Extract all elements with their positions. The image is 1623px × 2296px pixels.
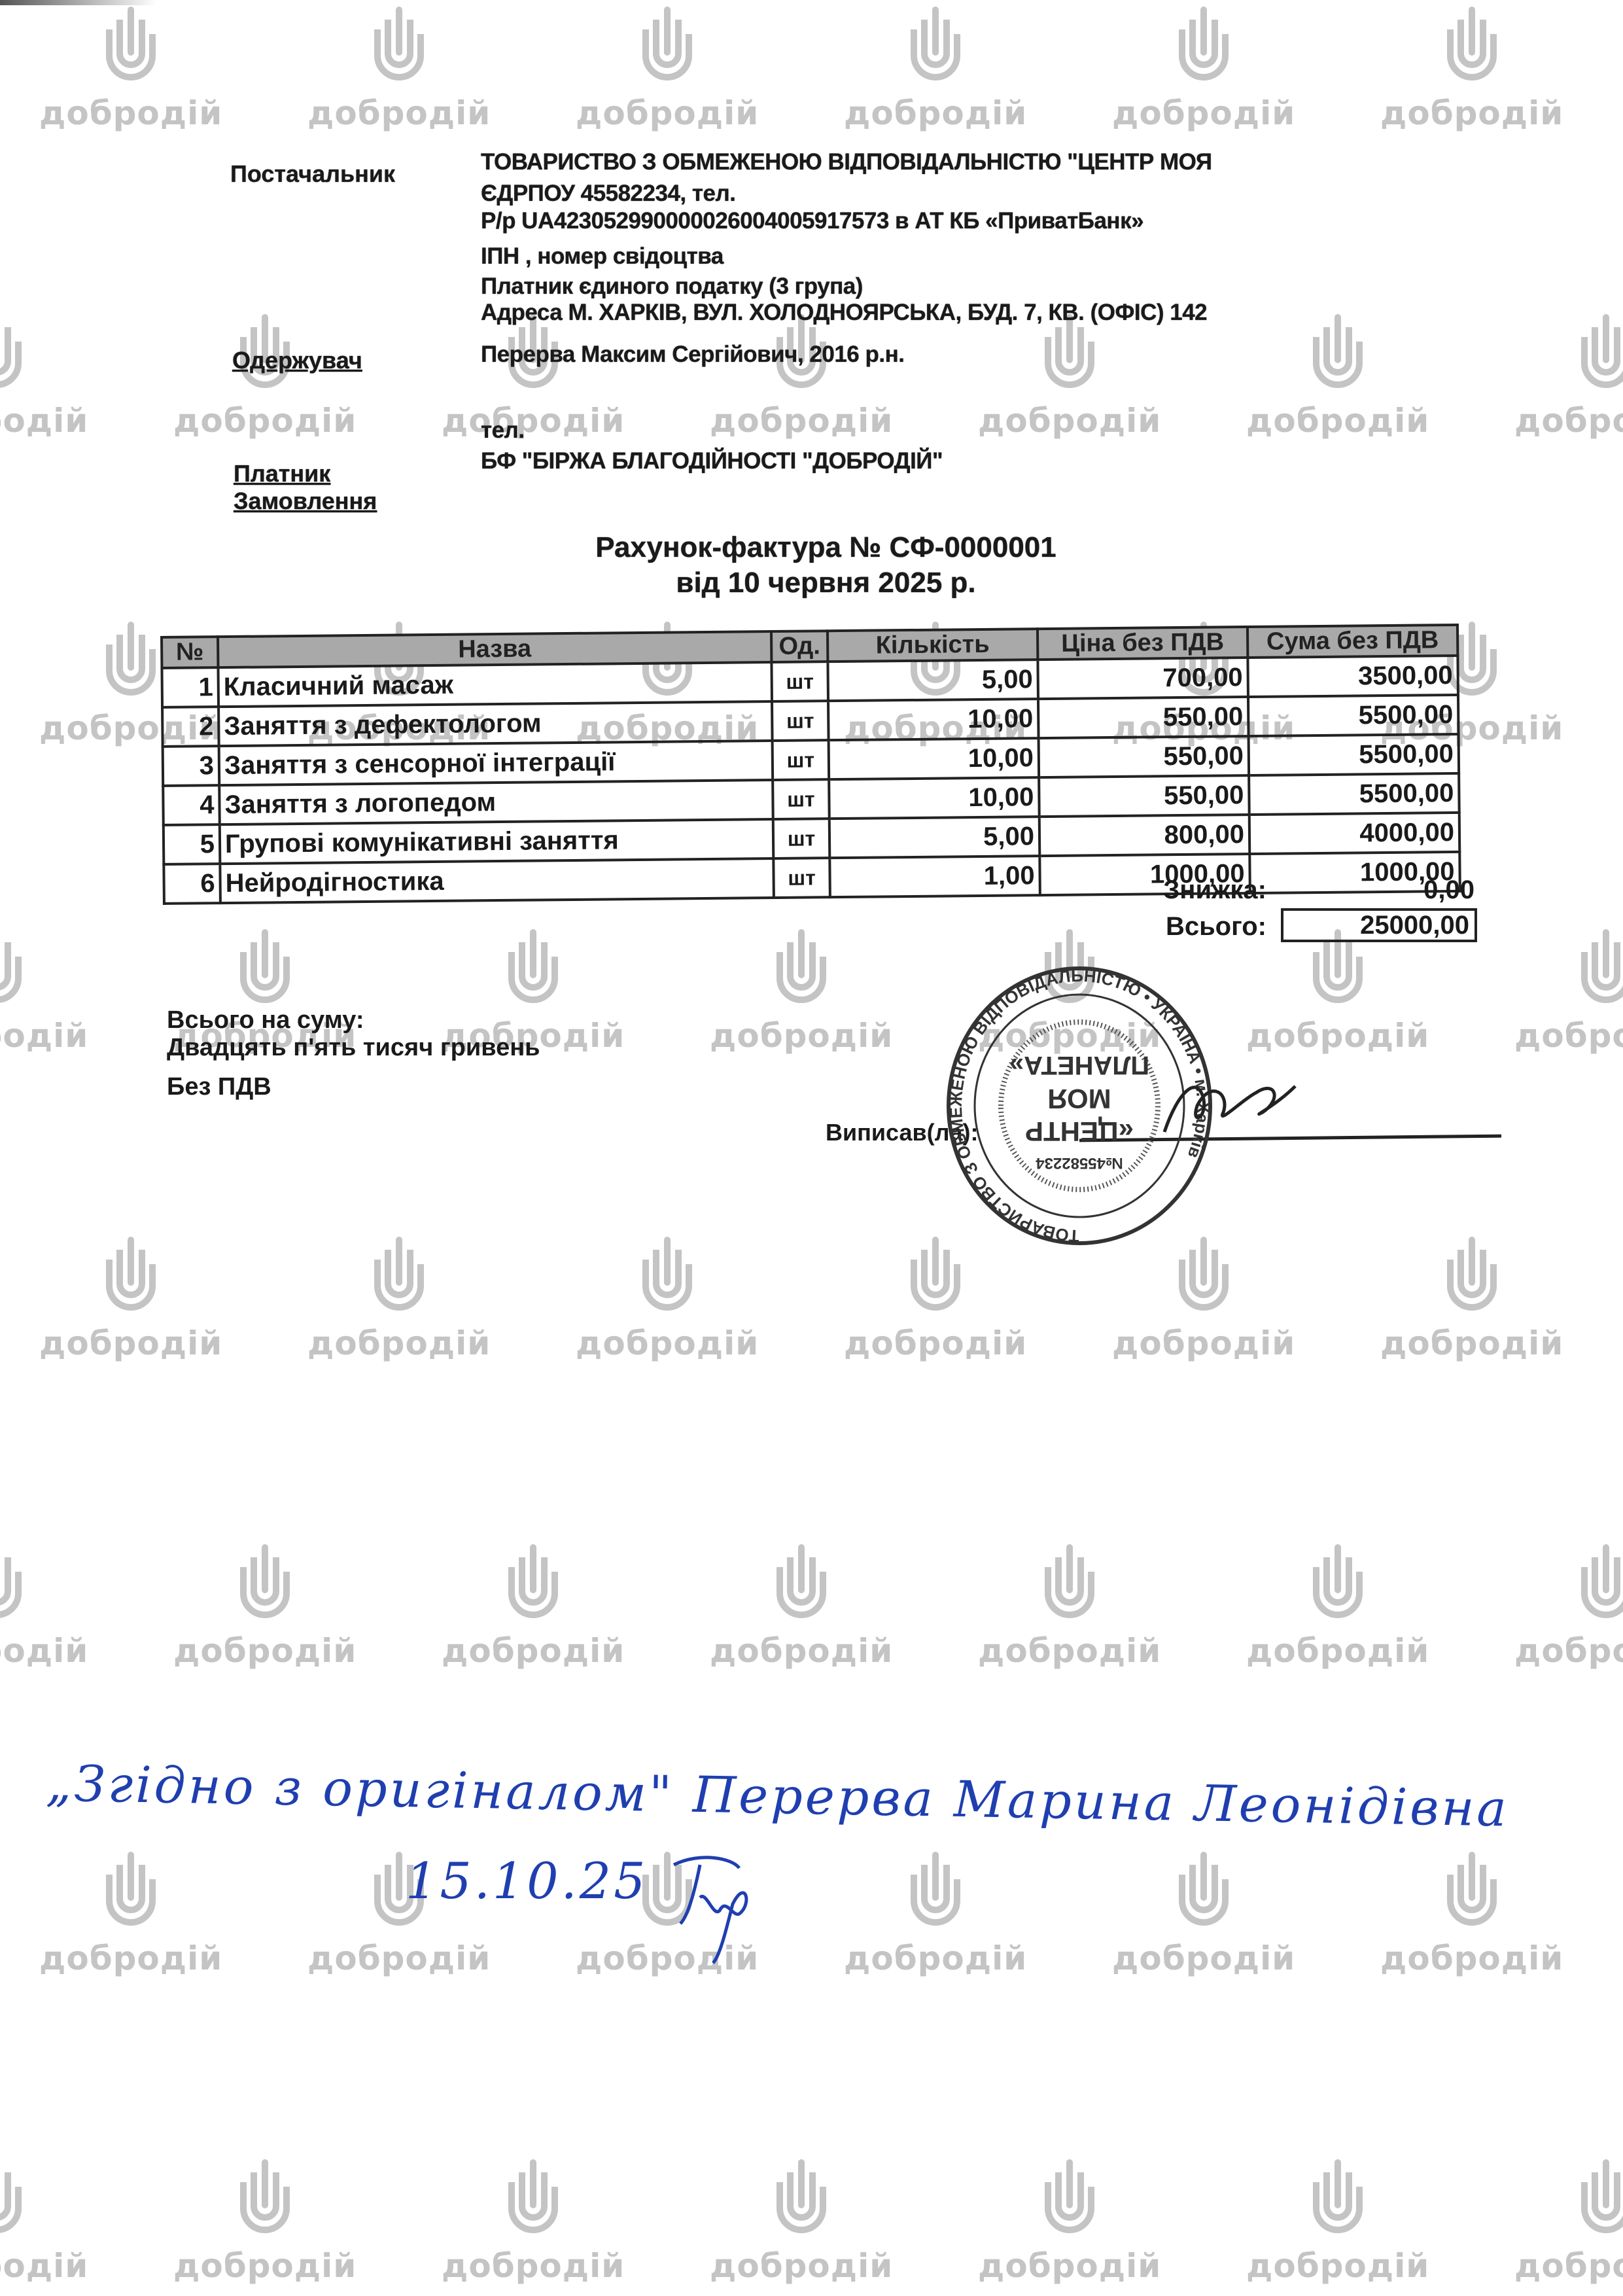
- row-no: 3: [163, 746, 220, 786]
- row-price: 800,00: [1039, 815, 1250, 856]
- row-name: Класичний масаж: [218, 662, 772, 707]
- header-name: Назва: [218, 631, 771, 667]
- stamp-center-3: ПЛАНЕТА»: [1009, 1051, 1149, 1080]
- supplier-account: Р/р UA423052990000026004005917573 в АТ К…: [481, 208, 1143, 234]
- header-no: №: [162, 637, 218, 668]
- recipient-label: Одержувач: [232, 347, 362, 374]
- supplier-edrpou: ЄДРПОУ 45582234, тел.: [481, 181, 735, 207]
- row-name: Заняття з дефектологом: [218, 701, 773, 746]
- row-unit: шт: [771, 662, 828, 701]
- row-unit: шт: [772, 701, 829, 741]
- supplier-name: ТОВАРИСТВО З ОБМЕЖЕНОЮ ВІДПОВІДАЛЬНІСТЮ …: [481, 149, 1212, 175]
- discount-row: Знижка: 0,00: [0, 875, 1623, 912]
- row-no: 5: [164, 824, 220, 864]
- row-unit: шт: [773, 779, 829, 819]
- stamp-center-1: «ЦЕНТР: [1025, 1116, 1134, 1147]
- signature-scribble-icon: [1151, 1053, 1321, 1145]
- row-qty: 10,00: [829, 738, 1039, 779]
- row-no: 2: [162, 707, 219, 747]
- supplier-ipn: ІПН , номер свідоцтва: [481, 243, 724, 270]
- row-price: 550,00: [1039, 736, 1249, 777]
- discount-label: Знижка:: [1163, 875, 1266, 905]
- supplier-label: Постачальник: [230, 160, 395, 188]
- row-price: 700,00: [1038, 658, 1248, 699]
- header-sum: Сума без ПДВ: [1248, 625, 1457, 658]
- row-price: 550,00: [1039, 775, 1249, 817]
- total-label: Всього:: [1166, 912, 1266, 942]
- total-row: Всього: 25000,00: [0, 908, 1623, 947]
- stamp-center-2: МОЯ: [1047, 1084, 1111, 1114]
- row-qty: 10,00: [829, 777, 1039, 819]
- row-qty: 10,00: [828, 699, 1039, 740]
- row-sum: 3500,00: [1248, 656, 1458, 697]
- handwritten-signature-icon: [661, 1852, 792, 1969]
- total-value: 25000,00: [1281, 908, 1477, 942]
- header-price: Ціна без ПДВ: [1038, 627, 1248, 660]
- invoice-items-table: № Назва Од. Кількість Ціна без ПДВ Сума …: [160, 624, 1461, 905]
- payer-label: Платник: [234, 460, 330, 487]
- row-unit: шт: [773, 819, 830, 858]
- supplier-address: Адреса М. ХАРКІВ, ВУЛ. ХОЛОДНОЯРСЬКА, БУ…: [481, 300, 1207, 326]
- row-name: Заняття з сенсорної інтеграції: [219, 741, 773, 785]
- invoice-title: Рахунок-фактура № СФ-0000001: [14, 531, 1623, 564]
- row-name: Заняття з логопедом: [219, 780, 773, 824]
- row-name: Групові комунікативні заняття: [220, 819, 774, 864]
- header-qty: Кількість: [828, 629, 1038, 662]
- row-sum: 5500,00: [1249, 773, 1459, 815]
- discount-value: 0,00: [1283, 875, 1480, 910]
- invoice-document: Постачальник ТОВАРИСТВО З ОБМЕЖЕНОЮ ВІДП…: [0, 0, 1623, 2296]
- recipient-phone: тел.: [481, 417, 525, 444]
- amount-label: Всього на суму:: [167, 1006, 364, 1034]
- order-label: Замовлення: [234, 487, 377, 515]
- recipient-value: Перерва Максим Сергійович, 2016 р.н.: [481, 342, 904, 368]
- row-unit: шт: [773, 740, 829, 780]
- vat-note: Без ПДВ: [167, 1073, 271, 1101]
- stamp-code: №45582234: [1036, 1154, 1123, 1172]
- payer-value: БФ "БІРЖА БЛАГОДІЙНОСТІ "ДОБРОДІЙ": [481, 448, 943, 474]
- handwritten-certification: „Згідно з оригіналом" Перерва Марина Лео…: [45, 1754, 1509, 1837]
- row-qty: 5,00: [829, 817, 1040, 858]
- header-unit: Од.: [771, 631, 828, 662]
- handwritten-date: 15.10.25: [406, 1852, 648, 1910]
- row-qty: 5,00: [828, 660, 1038, 701]
- row-no: 4: [163, 785, 220, 825]
- supplier-tax: Платник єдиного податку (3 група): [481, 274, 863, 300]
- amount-words: Двадцять п'ять тисяч гривень: [167, 1034, 540, 1062]
- row-sum: 4000,00: [1249, 813, 1460, 854]
- row-sum: 5500,00: [1249, 734, 1459, 775]
- row-no: 1: [162, 667, 218, 707]
- row-sum: 5500,00: [1248, 695, 1459, 736]
- invoice-date: від 10 червня 2025 р.: [14, 567, 1623, 599]
- row-price: 550,00: [1038, 697, 1249, 738]
